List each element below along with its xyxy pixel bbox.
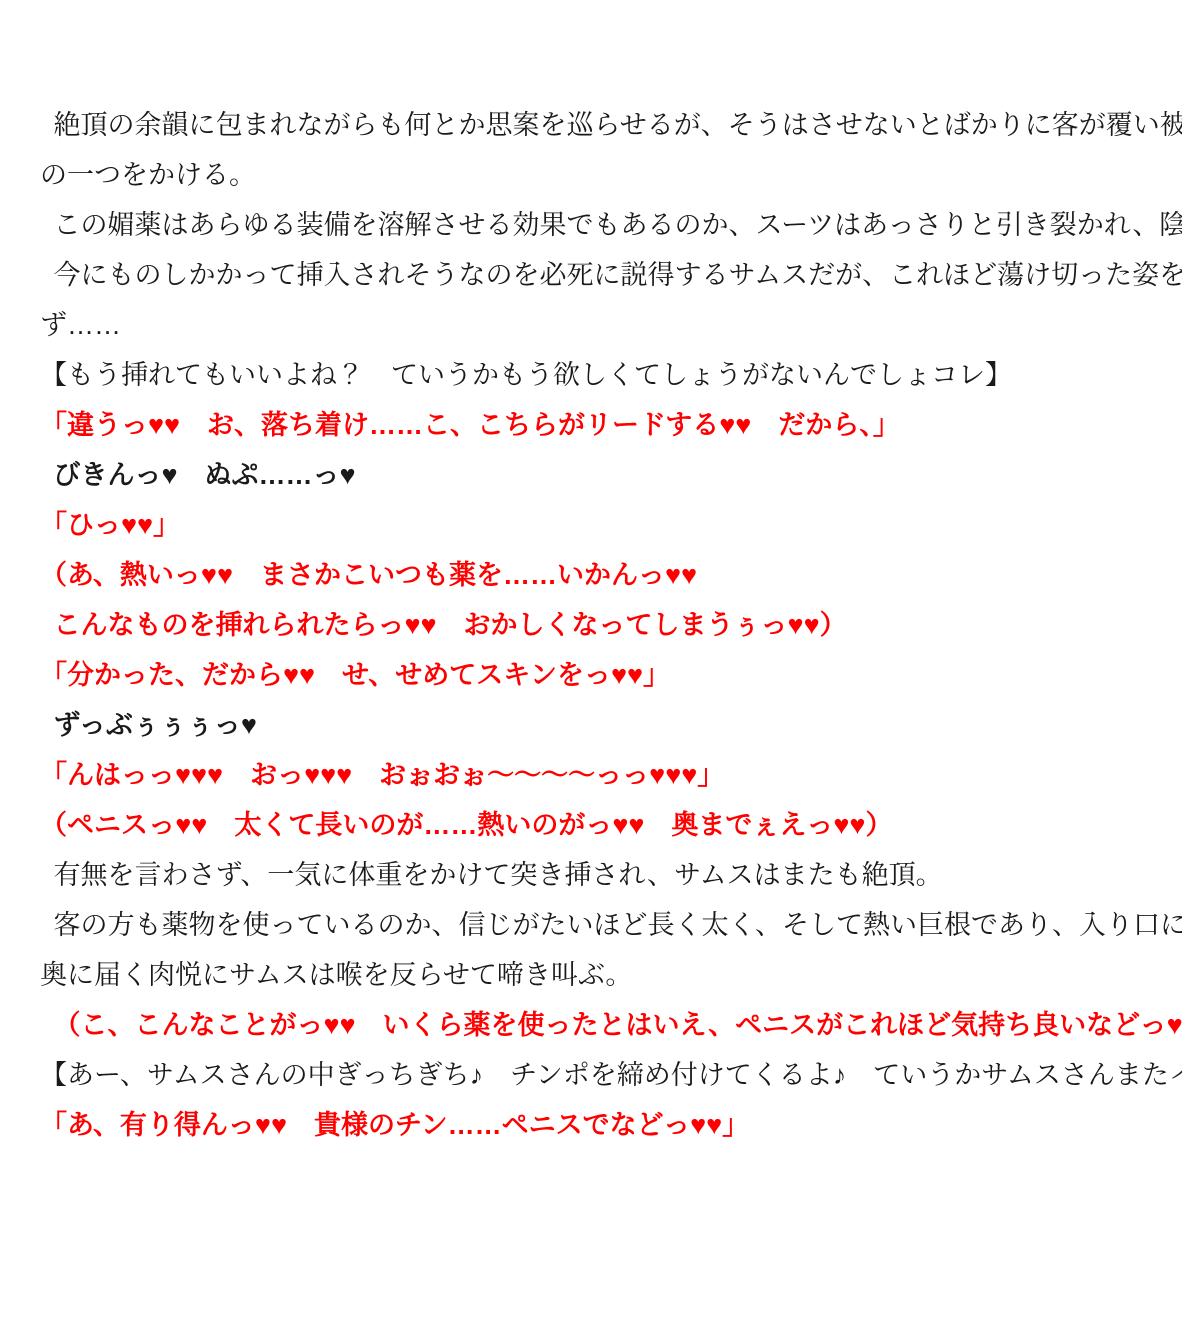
narration-line: 絶頂の余韻に包まれながらも何とか思案を巡らせるが、そうはさせないとばかりに客が覆…: [40, 100, 1144, 150]
document-page: { "page": { "background": "#ffffff", "te…: [0, 0, 1182, 1339]
narration-line: ず……: [40, 300, 1144, 350]
narration-line: 有無を言わさず、一気に体重をかけて突き挿され、サムスはまたも絶頂。: [40, 850, 1144, 900]
samus-speech-line: 「あ、有り得んっ♥♥ 貴様のチン……ペニスでなどっ♥♥」: [40, 1100, 1144, 1150]
samus-speech-line: 「違うっ♥♥ お、落ち着け……こ、こちらがリードする♥♥ だから、」: [40, 400, 1144, 450]
samus-thought-line: （あ、熱いっ♥♥ まさかこいつも薬を……いかんっ♥♥: [40, 550, 1144, 600]
samus-thought-line: （こ、こんなことがっ♥♥ いくら薬を使ったとはいえ、ペニスがこれほど気持ち良いな…: [40, 1000, 1144, 1050]
narration-line: の一つをかける。: [40, 150, 1144, 200]
narration-line: 奥に届く肉悦にサムスは喉を反らせて啼き叫ぶ。: [40, 950, 1144, 1000]
samus-speech-line: 「んはっっ♥♥♥ おっ♥♥♥ おぉおぉ～～～～っっ♥♥♥」: [40, 750, 1144, 800]
client-speech-line: 【もう挿れてもいいよね？ ていうかもう欲しくてしょうがないんでしょコレ】: [40, 350, 1144, 400]
novel-text-page: 絶頂の余韻に包まれながらも何とか思案を巡らせるが、そうはさせないとばかりに客が覆…: [0, 0, 1182, 1339]
narration-line: この媚薬はあらゆる装備を溶解させる効果でもあるのか、スーツはあっさりと引き裂かれ…: [40, 200, 1144, 250]
sfx-line: ずっぶぅぅぅっ♥: [40, 700, 1144, 750]
narration-line: 客の方も薬物を使っているのか、信じがたいほど長く太く、そして熱い巨根であり、入り…: [40, 900, 1144, 950]
samus-speech-line: 「ひっ♥♥」: [40, 500, 1144, 550]
samus-speech-line: 「分かった、だから♥♥ せ、せめてスキンをっ♥♥」: [40, 650, 1144, 700]
samus-thought-line: こんなものを挿れられたらっ♥♥ おかしくなってしまうぅっ♥♥）: [40, 600, 1144, 650]
client-speech-line: 【あー、サムスさんの中ぎっちぎち♪ チンポを締め付けてくるよ♪ ていうかサムスさ…: [40, 1050, 1144, 1100]
samus-thought-line: （ペニスっ♥♥ 太くて長いのが……熱いのがっ♥♥ 奥までぇえっ♥♥）: [40, 800, 1144, 850]
narration-line: 今にものしかかって挿入されそうなのを必死に説得するサムスだが、これほど蕩け切った…: [40, 250, 1144, 300]
sfx-line: びきんっ♥ ぬぷ……っ♥: [40, 450, 1144, 500]
